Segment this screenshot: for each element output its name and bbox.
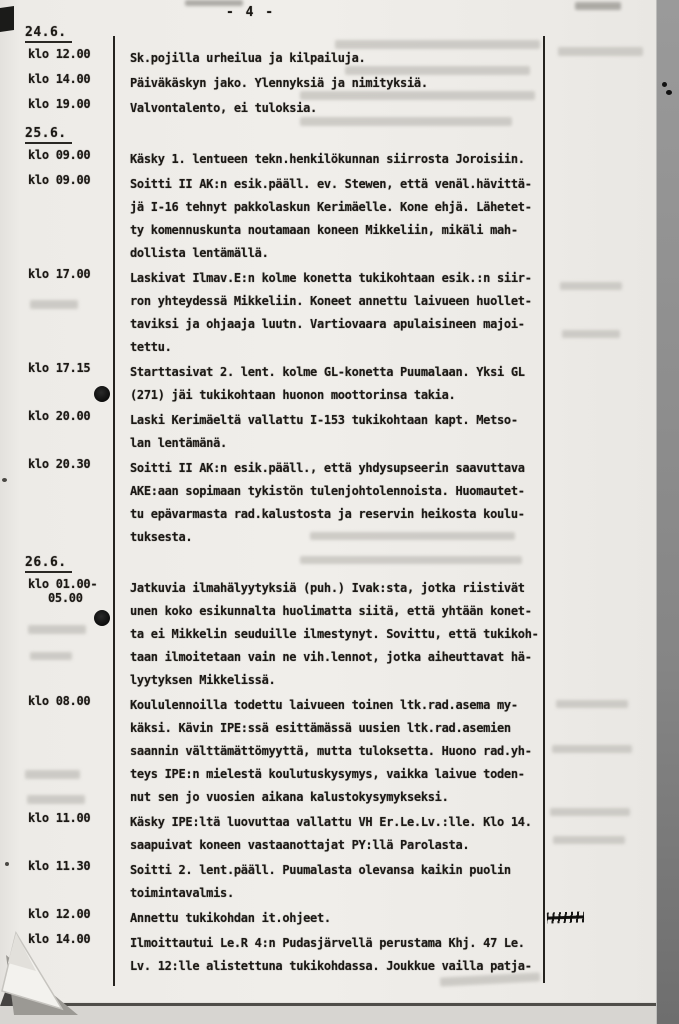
diary-page: - 4 - 24.6.klo 12.00Sk.pojilla urheilua … xyxy=(0,0,679,1024)
entry-text-line: Soitti 2. lent.pääll. Puumalasta olevans… xyxy=(130,859,544,882)
entry-time: klo 09.00 xyxy=(28,173,90,187)
entry-text-line: tettu. xyxy=(130,336,544,359)
entry-text-line: nut sen jo vuosien aikana kalustokysymyk… xyxy=(130,786,544,809)
date-heading: 25.6. xyxy=(25,126,72,144)
bullet-mark xyxy=(94,386,110,402)
entry-text-line: unen koko esikunnalta huolimatta siitä, … xyxy=(130,600,544,623)
page-number: - 4 - xyxy=(226,5,275,20)
diary-entry: klo 20.00Laski Kerimäeltä vallattu I-153… xyxy=(0,409,679,455)
entry-time-end: 05.00 xyxy=(48,591,83,605)
entry-text-line: tuksesta. xyxy=(130,526,544,549)
entry-text-line: lyytyksen Mikkelissä. xyxy=(130,669,544,692)
diary-entry: klo 19.00Valvontalento, ei tuloksia. xyxy=(0,97,679,120)
date-heading-row: 25.6. xyxy=(0,122,679,148)
entry-text: Soitti 2. lent.pääll. Puumalasta olevans… xyxy=(130,859,544,905)
diary-entry: klo 14.00Päiväkäskyn jako. Ylennyksiä ja… xyxy=(0,72,679,95)
scan-edge-strip xyxy=(656,0,679,1024)
entry-text-line: (271) jäi tukikohtaan huonon moottorinsa… xyxy=(130,384,544,407)
entry-time: klo 11.00 xyxy=(28,811,90,825)
entry-text: Koululennoilla todettu laivueen toinen l… xyxy=(130,694,544,809)
diary-entry: klo 11.00Käsky IPE:ltä luovuttaa vallatt… xyxy=(0,811,679,857)
entry-text-line: taviksi ja ohjaaja luutn. Vartiovaara ap… xyxy=(130,313,544,336)
entry-time: klo 12.00 xyxy=(28,907,90,921)
diary-entry: klo 20.30Soitti II AK:n esik.pääll., ett… xyxy=(0,457,679,549)
entry-text: Jatkuvia ilmahälyytyksiä (puh.) Ivak:sta… xyxy=(130,577,544,692)
edge-dot xyxy=(666,90,672,95)
entry-text: Käsky IPE:ltä luovuttaa vallattu VH Er.L… xyxy=(130,811,544,857)
diary-entry: klo 09.00Käsky 1. lentueen tekn.henkilök… xyxy=(0,148,679,171)
entry-text-line: ron yhteydessä Mikkeliin. Koneet annettu… xyxy=(130,290,544,313)
date-heading-row: 26.6. xyxy=(0,551,679,577)
entry-text-line: Ilmoittautui Le.R 4:n Pudasjärvellä peru… xyxy=(130,932,544,955)
entry-text-line: ta ei Mikkelin seuduille ilmestynyt. Sov… xyxy=(130,623,544,646)
entry-text-line: tu epävarmasta rad.kalustosta ja reservi… xyxy=(130,503,544,526)
entry-text: Päiväkäskyn jako. Ylennyksiä ja nimityks… xyxy=(130,72,544,95)
entry-text-line: toimintavalmis. xyxy=(130,882,544,905)
entry-time: klo 20.00 xyxy=(28,409,90,423)
entry-text-line: Koululennoilla todettu laivueen toinen l… xyxy=(130,694,544,717)
entry-text-line: saapuivat koneen vastaanottajat PY:llä P… xyxy=(130,834,544,857)
entry-text-line: AKE:aan sopimaan tykistön tulenjohtolenn… xyxy=(130,480,544,503)
strikeout-mark xyxy=(547,911,584,923)
entry-time: klo 17.15 xyxy=(28,361,90,375)
entry-time: klo 14.00 xyxy=(28,72,90,86)
diary-body: 24.6.klo 12.00Sk.pojilla urheilua ja kil… xyxy=(0,21,679,980)
entry-text: Ilmoittautui Le.R 4:n Pudasjärvellä peru… xyxy=(130,932,544,978)
entry-text-line: jä I-16 tehnyt pakkolaskun Kerimäelle. K… xyxy=(130,196,544,219)
entry-time: klo 19.00 xyxy=(28,97,90,111)
entry-time: klo 09.00 xyxy=(28,148,90,162)
entry-text: Laski Kerimäeltä vallattu I-153 tukikoht… xyxy=(130,409,544,455)
entry-text-line: Soitti II AK:n esik.pääll., että yhdysup… xyxy=(130,457,544,480)
entry-text-line: Laski Kerimäeltä vallattu I-153 tukikoht… xyxy=(130,409,544,432)
entry-text-line: Soitti II AK:n esik.pääll. ev. Stewen, e… xyxy=(130,173,544,196)
entry-text-line: Starttasivat 2. lent. kolme GL-konetta P… xyxy=(130,361,544,384)
diary-entry: klo 01.00-05.00Jatkuvia ilmahälyytyksiä … xyxy=(0,577,679,692)
diary-entry: klo 12.00Sk.pojilla urheilua ja kilpailu… xyxy=(0,47,679,70)
entry-text-line: Valvontalento, ei tuloksia. xyxy=(130,97,544,120)
entry-time: klo 08.00 xyxy=(28,694,90,708)
entry-time: klo 17.00 xyxy=(28,267,90,281)
diary-entry: klo 17.15Starttasivat 2. lent. kolme GL-… xyxy=(0,361,679,407)
diary-entry: klo 08.00Koululennoilla todettu laivueen… xyxy=(0,694,679,809)
date-heading: 24.6. xyxy=(25,25,72,43)
entry-text: Soitti II AK:n esik.pääll. ev. Stewen, e… xyxy=(130,173,544,265)
entry-time: klo 20.30 xyxy=(28,457,90,471)
entry-text: Starttasivat 2. lent. kolme GL-konetta P… xyxy=(130,361,544,407)
date-heading-row: 24.6. xyxy=(0,21,679,47)
entry-text-line: Laskivat Ilmav.E:n kolme konetta tukikoh… xyxy=(130,267,544,290)
entry-text-line: Päiväkäskyn jako. Ylennyksiä ja nimityks… xyxy=(130,72,544,95)
diary-entry: klo 09.00Soitti II AK:n esik.pääll. ev. … xyxy=(0,173,679,265)
entry-text-line: lan lentämänä. xyxy=(130,432,544,455)
entry-text: Valvontalento, ei tuloksia. xyxy=(130,97,544,120)
entry-text: Soitti II AK:n esik.pääll., että yhdysup… xyxy=(130,457,544,549)
entry-text-line: ty komennuskunta noutamaan koneen Mikkel… xyxy=(130,219,544,242)
entry-text-line: teys IPE:n mielestä koulutuskysymys, vai… xyxy=(130,763,544,786)
entry-text: Laskivat Ilmav.E:n kolme konetta tukikoh… xyxy=(130,267,544,359)
diary-entry: klo 17.00Laskivat Ilmav.E:n kolme konett… xyxy=(0,267,679,359)
entry-text-line: Annettu tukikohdan it.ohjeet. xyxy=(130,907,544,930)
entry-text: Annettu tukikohdan it.ohjeet. xyxy=(130,907,544,930)
entry-text-line: dollista lentämällä. xyxy=(130,242,544,265)
entry-text-line: Lv. 12:lle alistettuna tukikohdassa. Jou… xyxy=(130,955,544,978)
entry-text-line: taan ilmoitetaan vain ne vih.lennot, jot… xyxy=(130,646,544,669)
entry-time: klo 12.00 xyxy=(28,47,90,61)
entry-text-line: saannin välttämättömyyttä, mutta tulokse… xyxy=(130,740,544,763)
entry-time: klo 11.30 xyxy=(28,859,90,873)
entry-text: Käsky 1. lentueen tekn.henkilökunnan sii… xyxy=(130,148,544,171)
entry-text: Sk.pojilla urheilua ja kilpailuja. xyxy=(130,47,544,70)
entry-time: klo 01.00- xyxy=(28,577,97,591)
bleedthrough-ghost xyxy=(575,2,621,10)
entry-text-line: Käsky 1. lentueen tekn.henkilökunnan sii… xyxy=(130,148,544,171)
date-heading: 26.6. xyxy=(25,555,72,573)
bullet-mark xyxy=(94,610,110,626)
diary-section: 24.6.klo 12.00Sk.pojilla urheilua ja kil… xyxy=(0,21,679,120)
entry-text-line: Jatkuvia ilmahälyytyksiä (puh.) Ivak:sta… xyxy=(130,577,544,600)
edge-dot xyxy=(662,82,667,87)
diary-section: 25.6.klo 09.00Käsky 1. lentueen tekn.hen… xyxy=(0,122,679,549)
entry-text-line: Sk.pojilla urheilua ja kilpailuja. xyxy=(130,47,544,70)
diary-entry: klo 11.30Soitti 2. lent.pääll. Puumalast… xyxy=(0,859,679,905)
entry-text-line: Käsky IPE:ltä luovuttaa vallattu VH Er.L… xyxy=(130,811,544,834)
page-corner-fold xyxy=(0,925,120,1020)
entry-text-line: käksi. Kävin IPE:ssä esittämässä uusien … xyxy=(130,717,544,740)
